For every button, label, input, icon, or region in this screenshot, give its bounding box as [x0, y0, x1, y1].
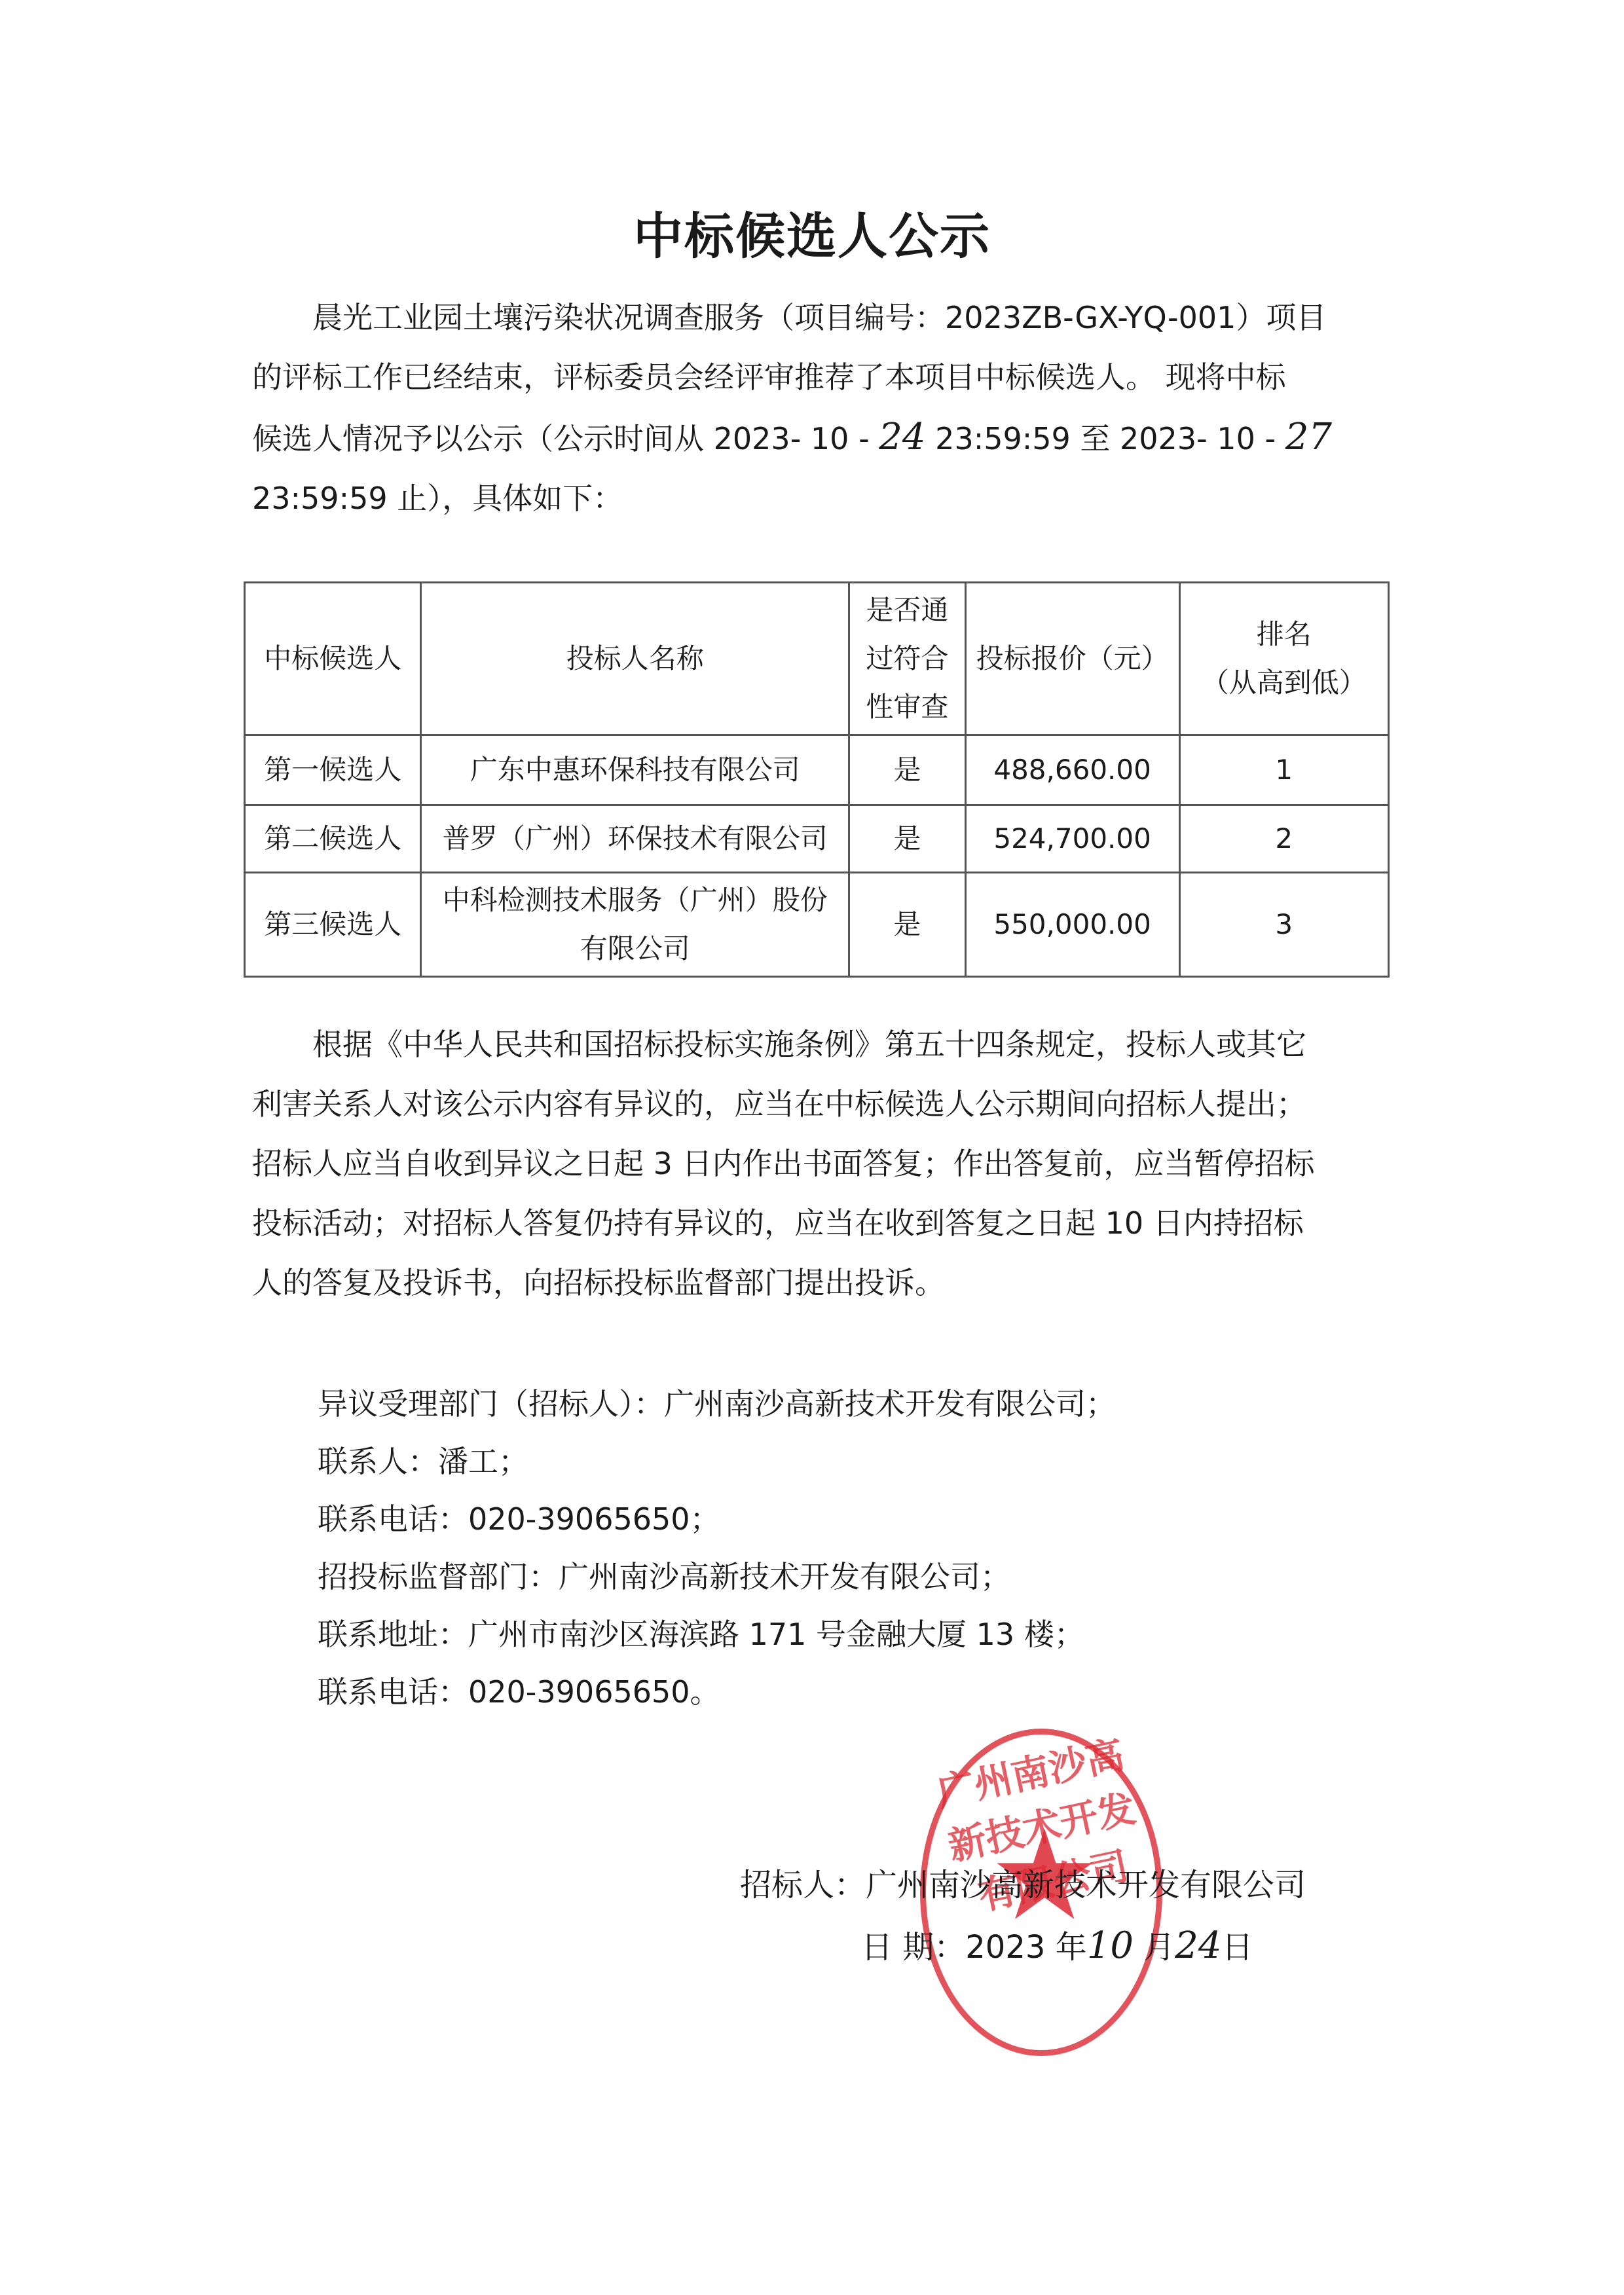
contact-info: 异议受理部门（招标人）：广州南沙高新技术开发有限公司； 联系人：潘工； 联系电话…	[318, 1375, 1116, 1721]
cell-price: 550,000.00	[965, 873, 1179, 977]
candidates-table: 中标候选人 投标人名称 是否通 过符合 性审查 投标报价（元） 排名 （从高到低…	[244, 581, 1390, 978]
document-page: 中标候选人公示 晨光工业园土壤污染状况调查服务（项目编号：2023ZB-GX-Y…	[0, 0, 1624, 2295]
cell-passed: 是	[849, 873, 966, 977]
header-compliance: 是否通 过符合 性审查	[849, 583, 966, 735]
intro-line-4: 23:59:59 止），具体如下：	[252, 469, 1392, 528]
contact-person: 联系人：潘工；	[318, 1433, 1116, 1490]
issuer-signature: 招标人：广州南沙高新技术开发有限公司	[740, 1860, 1306, 1905]
contact-address: 联系地址：广州市南沙区海滨路 171 号金融大厦 13 楼；	[318, 1606, 1116, 1663]
contact-phone-2: 联系电话：020-39065650。	[318, 1663, 1116, 1721]
cell-rank: 3	[1179, 873, 1388, 977]
header-candidate: 中标候选人	[245, 583, 421, 735]
cell-candidate: 第二候选人	[245, 805, 421, 873]
intro-line-3-prefix: 候选人情况予以公示（公示时间从 2023- 10 -	[252, 421, 879, 456]
cell-price: 488,660.00	[965, 735, 1179, 805]
cell-candidate: 第一候选人	[245, 735, 421, 805]
date-year: 2023	[965, 1929, 1045, 1966]
page-title: 中标候选人公示	[0, 196, 1624, 268]
signature-date: 日 期：2023 年10 月24日	[861, 1922, 1253, 1967]
objection-dept: 异议受理部门（招标人）：广州南沙高新技术开发有限公司；	[318, 1375, 1116, 1433]
cell-rank: 2	[1179, 805, 1388, 873]
cell-passed: 是	[849, 735, 966, 805]
cell-passed: 是	[849, 805, 966, 873]
objection-notice-paragraph: 根据《中华人民共和国招标投标实施条例》第五十四条规定，投标人或其它 利害关系人对…	[252, 1015, 1392, 1313]
contact-phone: 联系电话：020-39065650；	[318, 1490, 1116, 1548]
supervision-dept: 招投标监督部门：广州南沙高新技术开发有限公司；	[318, 1548, 1116, 1606]
date-label: 日 期：	[861, 1929, 965, 1966]
handwritten-day: 24	[1175, 1924, 1221, 1967]
cell-bidder: 普罗（广州）环保技术有限公司	[421, 805, 849, 873]
notice-line-3: 招标人应当自收到异议之日起 3 日内作出书面答复；作出答复前，应当暂停招标	[252, 1134, 1392, 1194]
intro-line-2: 的评标工作已经结束，评标委员会经评审推荐了本项目中标候选人。 现将中标	[252, 348, 1392, 407]
header-bid-price: 投标报价（元）	[965, 583, 1179, 735]
cell-rank: 1	[1179, 735, 1388, 805]
handwritten-start-day: 24	[879, 416, 925, 458]
table-row: 第一候选人 广东中惠环保科技有限公司 是 488,660.00 1	[245, 735, 1389, 805]
cell-bidder: 广东中惠环保科技有限公司	[421, 735, 849, 805]
intro-paragraph: 晨光工业园土壤污染状况调查服务（项目编号：2023ZB-GX-YQ-001）项目…	[252, 288, 1392, 528]
cell-candidate: 第三候选人	[245, 873, 421, 977]
intro-line-1: 晨光工业园土壤污染状况调查服务（项目编号：2023ZB-GX-YQ-001）项目	[312, 300, 1326, 335]
cell-price: 524,700.00	[965, 805, 1179, 873]
intro-line-3-mid: 23:59:59 至 2023- 10 -	[926, 421, 1285, 456]
handwritten-end-day: 27	[1285, 416, 1332, 458]
notice-line-4: 投标活动；对招标人答复仍持有异议的，应当在收到答复之日起 10 日内持招标	[252, 1194, 1392, 1253]
header-rank: 排名 （从高到低）	[1179, 583, 1388, 735]
table-row: 第三候选人 中科检测技术服务（广州）股份 有限公司 是 550,000.00 3	[245, 873, 1389, 977]
notice-line-2: 利害关系人对该公示内容有异议的，应当在中标候选人公示期间向招标人提出；	[252, 1074, 1392, 1134]
table-row: 第二候选人 普罗（广州）环保技术有限公司 是 524,700.00 2	[245, 805, 1389, 873]
notice-line-5: 人的答复及投诉书，向招标投标监督部门提出投诉。	[252, 1253, 1392, 1313]
handwritten-month: 10	[1087, 1924, 1134, 1967]
cell-bidder: 中科检测技术服务（广州）股份 有限公司	[421, 873, 849, 977]
header-bidder-name: 投标人名称	[421, 583, 849, 735]
notice-line-1: 根据《中华人民共和国招标投标实施条例》第五十四条规定，投标人或其它	[312, 1027, 1306, 1062]
table-header-row: 中标候选人 投标人名称 是否通 过符合 性审查 投标报价（元） 排名 （从高到低…	[245, 583, 1389, 735]
